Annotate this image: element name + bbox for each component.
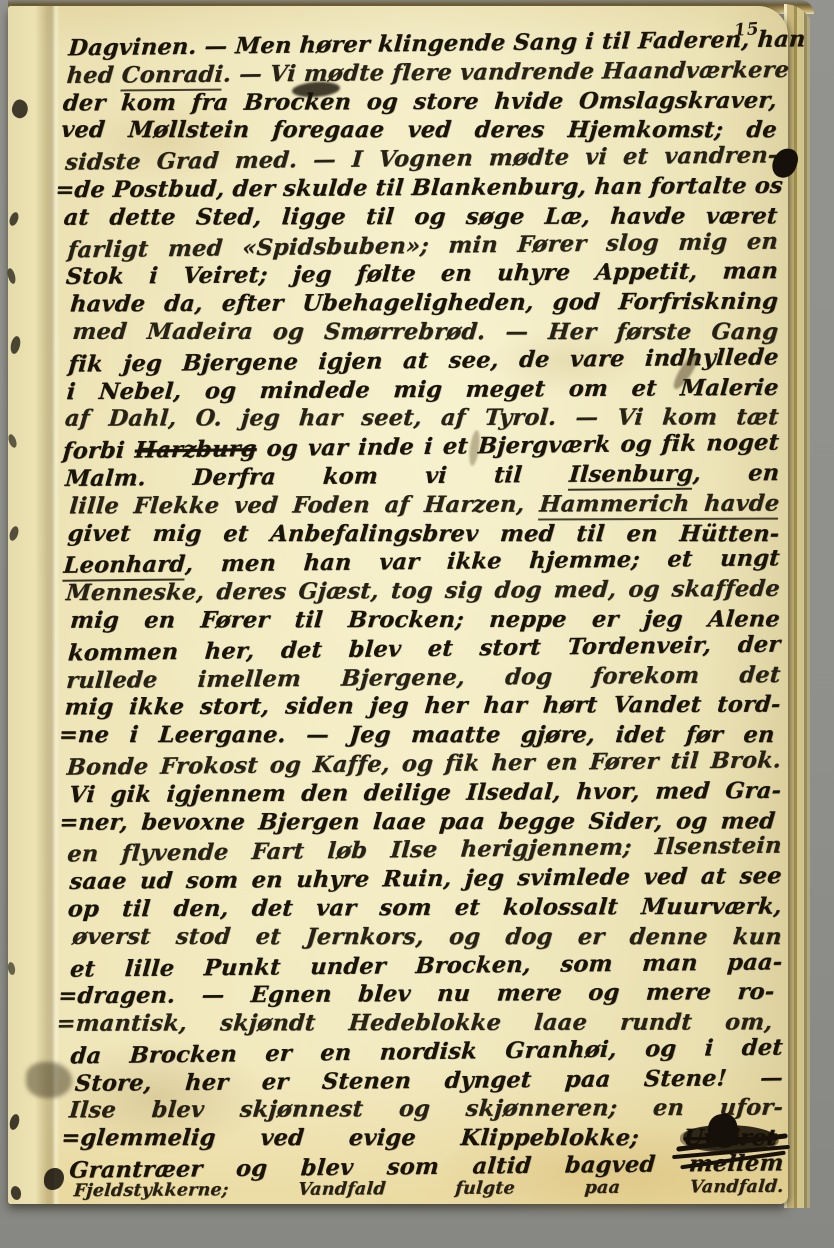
handwriting-segment: af Dahl, O. jeg har seet, af Tyrol. — Vi… (64, 405, 780, 432)
handwriting-segment: et lille Punkt under Brocken, som man pa… (69, 949, 783, 982)
handwriting-line: =de Postbud, der skulde til Blankenburg,… (54, 172, 772, 205)
handwriting-segment: =ner, bevoxne Bjergen laae paa begge Sid… (58, 808, 776, 835)
handwriting-line: lille Flekke ved Foden af Harzen, Hammer… (68, 489, 780, 521)
handwriting-line: Vi gik igjennem den deilige Ilsedal, hvo… (68, 777, 782, 810)
handwriting-line: havde da, efter Ubehageligheden, god For… (69, 288, 779, 320)
handwriting-segment: ved Møllstein foregaae ved deres Hjemkom… (60, 117, 778, 143)
page-edge-right (784, 4, 814, 1208)
handwriting-segment: rullede imellem Bjergene, dog forekom de… (65, 662, 781, 694)
handwriting-segment: =glemmelig ved evige Klippeblokke; (60, 1125, 684, 1151)
handwriting-line: Malm. Derfra kom vi til Ilsenburg, en (64, 459, 780, 494)
handwriting-line: =glemmelig ved evige Klippeblokke; Uveir… (60, 1124, 778, 1153)
handwriting-segment: lille Flekke ved Foden af Harzen, (68, 491, 540, 519)
handwriting-line: =dragen. — Egnen blev nu mere og mere ro… (57, 978, 775, 1011)
handwriting-segment: forbi (62, 438, 136, 465)
handwriting-segment: hed (66, 62, 123, 88)
handwriting-segment: , men han var ikke hjemme; et ungt (184, 546, 781, 578)
handwriting-segment: =mantisk, skjøndt Hedeblokke laae rundt … (56, 1009, 774, 1036)
handwriting-line: hed Conradi. — Vi mødte flere vandrende … (65, 56, 777, 91)
handwriting-line: givet mig et Anbefalingsbrev med til en … (66, 519, 780, 548)
handwriting-segment: Bonde Frokost og Kaffe, og fik her en Fø… (66, 747, 782, 780)
handwriting-segment: . — Vi mødte flere vandrende Haandværker… (222, 57, 790, 88)
handwriting-segment: Ilse blev skjønnest og skjønneren; en uf… (68, 1095, 784, 1124)
handwriting-segment: fik jeg Bjergene igjen at see, de vare i… (67, 344, 779, 377)
handwriting-text: Dagvinen. — Men hører klingende Sang i t… (60, 28, 783, 1204)
handwriting-line: Fjeldstykkerne; Vandfald fulgte paa Vand… (73, 1176, 785, 1204)
underlined-word: Hammerich havde (538, 490, 780, 520)
handwriting-segment: i Nebel, og mindede mig meget om et Male… (66, 374, 780, 404)
handwriting-segment: givet mig et Anbefalingsbrev med til en … (67, 520, 781, 546)
handwriting-segment: =de Postbud, der skulde til Blankenburg,… (54, 173, 784, 203)
handwriting-segment: Stok i Veiret; jeg følte en uhyre Appeti… (65, 258, 779, 290)
binding-gutter (8, 6, 60, 1204)
handwriting-line: der kom fra Brocken og store hvide Omsla… (62, 86, 778, 118)
underlined-word: Ilsenburg (568, 461, 694, 491)
handwriting-line: Ilse blev skjønnest og skjønneren; en uf… (68, 1094, 784, 1126)
handwriting-segment: , en (692, 460, 780, 487)
handwriting-segment: mig en Fører til Brocken; neppe er jeg A… (69, 606, 781, 633)
struck-word: Harzburg (134, 436, 258, 464)
underlined-word: Leonhard (62, 552, 186, 582)
handwriting-line: op til den, det var som et kolossalt Muu… (67, 892, 783, 924)
handwriting-line: Stok i Veiret; jeg følte en uhyre Appeti… (65, 257, 779, 292)
handwriting-segment: Menneske, deres Gjæst, tog sig dog med, … (65, 576, 781, 606)
handwriting-segment: sidste Grad med. — I Vognen mødte vi et … (64, 143, 778, 176)
handwriting-line: at dette Sted, ligge til og søge Læ, hav… (62, 202, 778, 232)
handwriting-segment: Vi gik igjennem den deilige Ilsedal, hvo… (68, 778, 782, 808)
handwriting-segment: saae ud som en uhyre Ruin, jeg svimlede … (69, 863, 783, 895)
handwriting-segment: mig ikke stort, siden jeg her har hørt V… (64, 692, 782, 721)
handwriting-segment: =ne i Leergane. — Jeg maatte gjøre, idet… (58, 722, 776, 748)
handwriting-segment: der kom fra Brocken og store hvide Omsla… (62, 87, 778, 116)
handwriting-line: øverst stod et Jernkors, og dog er denne… (71, 923, 783, 952)
handwriting-segment: at dette Sted, ligge til og søge Læ, hav… (63, 203, 779, 230)
handwriting-line: Menneske, deres Gjæst, tog sig dog med, … (65, 575, 781, 608)
handwriting-segment: havde da, efter Ubehageligheden, god For… (69, 289, 779, 318)
handwriting-segment: Malm. Derfra kom vi til (64, 462, 570, 492)
struck-word: Uveiret (682, 1125, 778, 1151)
handwriting-line: saae ud som en uhyre Ruin, jeg svimlede … (68, 862, 782, 897)
underlined-word: Conradi (120, 61, 224, 91)
handwriting-line: ved Møllstein foregaae ved deres Hjemkom… (60, 116, 778, 145)
handwriting-segment: Fjeldstykkerne; Vandfald fulgte paa Vand… (73, 1177, 785, 1201)
handwriting-line: i Nebel, og mindede mig meget om et Male… (65, 373, 779, 406)
handwriting-line: mig ikke stort, siden jeg her har hørt V… (63, 691, 781, 723)
manuscript-page: 15 Dagvinen. — Men hører klingende Sang … (8, 6, 788, 1204)
handwriting-segment: kommen her, det blev et stort Tordenveir… (67, 631, 781, 666)
handwriting-segment: op til den, det var som et kolossalt Muu… (67, 893, 783, 922)
handwriting-line: =ne i Leergane. — Jeg maatte gjøre, idet… (58, 721, 776, 750)
handwriting-line: med Madeira og Smørrebrød. — Her første … (71, 318, 779, 347)
handwriting-segment: med Madeira og Smørrebrød. — Her første … (71, 319, 779, 345)
handwriting-segment: Store, her er Stenen dynget paa Stene! — (74, 1065, 784, 1097)
handwriting-segment: =dragen. — Egnen blev nu mere og mere ro… (57, 979, 775, 1009)
scanned-manuscript: { "document": { "page_number": "15", "in… (0, 0, 834, 1248)
handwriting-segment: og var inde i et Bjergværk og fik noget (256, 430, 781, 462)
handwriting-segment: øverst stod et Jernkors, og dog er denne… (71, 924, 783, 950)
handwriting-line: mig en Fører til Brocken; neppe er jeg A… (69, 605, 781, 635)
